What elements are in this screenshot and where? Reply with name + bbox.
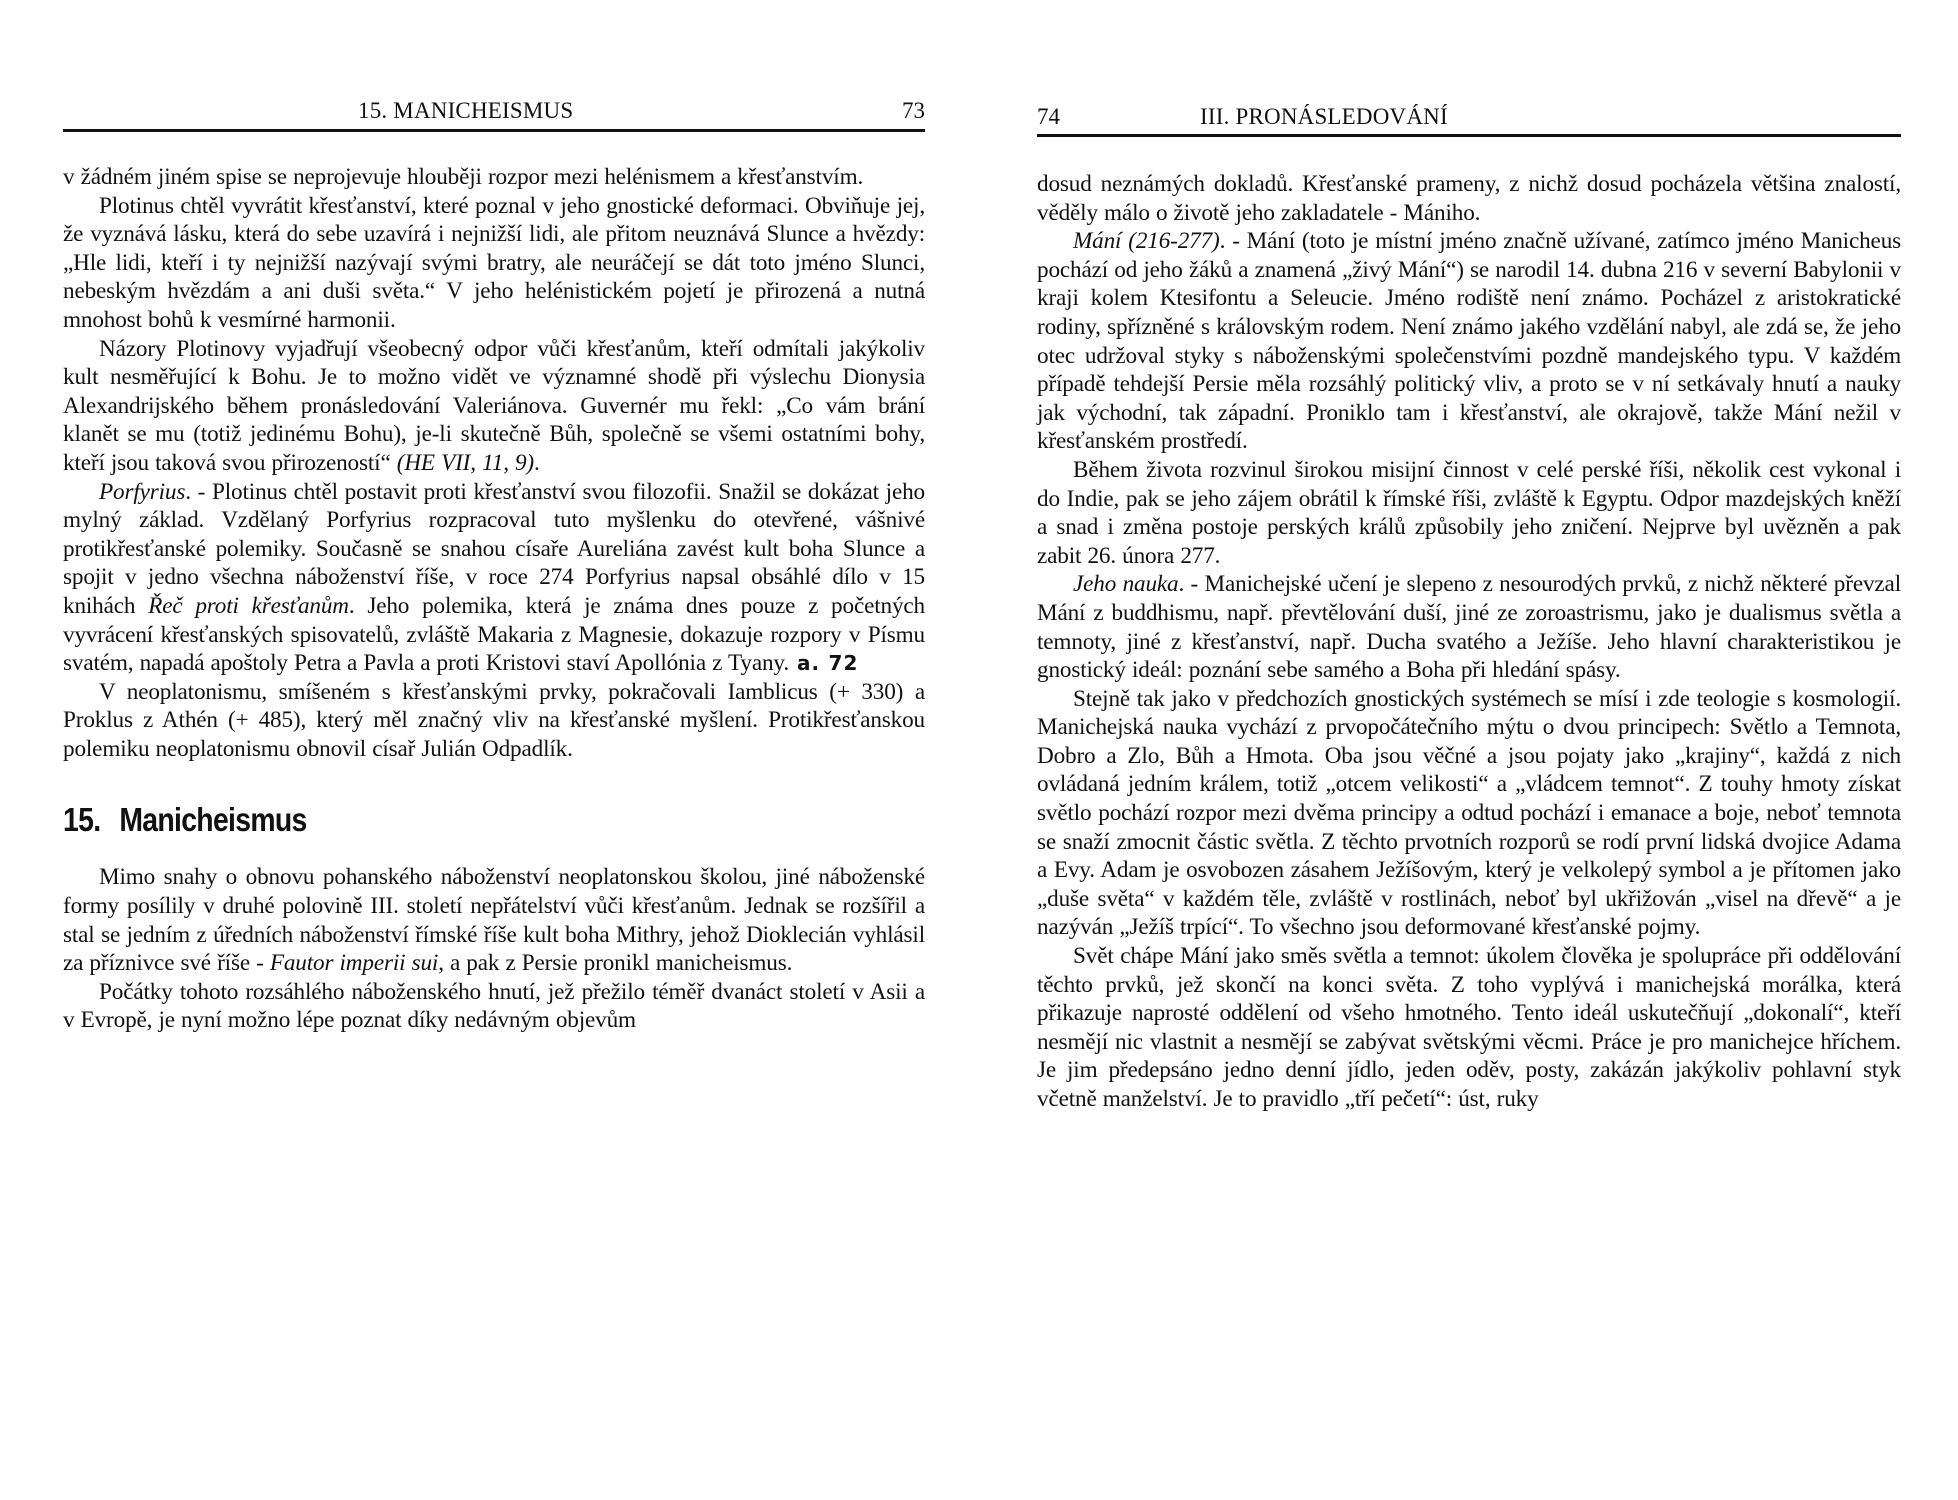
paragraph: Svět chápe Mání jako směs světla a temno… — [1037, 942, 1901, 1114]
paragraph: Plotinus chtěl vyvrátit křesťanství, kte… — [63, 192, 925, 335]
paragraph-group: v žádném jiném spise se neprojevuje hlou… — [63, 163, 925, 763]
paragraph: Stejně tak jako v předchozích gnostickýc… — [1037, 685, 1901, 942]
paragraph: Mimo snahy o obnovu pohanského náboženst… — [63, 863, 925, 977]
paragraph: V neoplatonismu, smíšeném s křesťanskými… — [63, 678, 925, 764]
text-run: dosud neznámých dokladů. Křesťanské pram… — [1037, 171, 1901, 226]
paragraph-group: Mimo snahy o obnovu pohanského náboženst… — [63, 863, 925, 1035]
page-number: 74 — [1037, 102, 1060, 132]
running-head: 15. MANICHEISMUS 73 — [63, 96, 925, 126]
text-run: . - Mání (toto je místní jméno značně už… — [1037, 228, 1901, 454]
text-run: Počátky tohoto rozsáhlého náboženského h… — [63, 979, 925, 1034]
italic-text: Jeho nauka — [1073, 571, 1179, 597]
chapter-heading: 15.Manicheismus — [63, 800, 804, 840]
paragraph: v žádném jiném spise se neprojevuje hlou… — [63, 163, 925, 192]
text-run: , a pak z Persie pronikl manicheismus. — [438, 950, 792, 976]
left-page: 15. MANICHEISMUS 73 v žádném jiném spise… — [63, 0, 925, 30]
text-run: Stejně tak jako v předchozích gnostickýc… — [1037, 686, 1901, 941]
page-body: dosud neznámých dokladů. Křesťanské pram… — [1037, 170, 1901, 1114]
paragraph-group: dosud neznámých dokladů. Křesťanské pram… — [1037, 170, 1901, 1114]
right-page: 74 III. PRONÁSLEDOVÁNÍ dosud neznámých d… — [1037, 0, 1901, 30]
text-run: Svět chápe Mání jako směs světla a temno… — [1037, 943, 1901, 1112]
chapter-title: Manicheismus — [119, 801, 306, 838]
header-rule — [1037, 134, 1901, 137]
paragraph: Počátky tohoto rozsáhlého náboženského h… — [63, 978, 925, 1035]
handwritten-annotation: a. 72 — [797, 651, 858, 675]
running-title: 15. MANICHEISMUS — [358, 96, 573, 126]
text-run: Plotinus chtěl vyvrátit křesťanství, kte… — [63, 193, 925, 333]
italic-text: Porfyrius — [99, 479, 185, 505]
italic-text: Mání (216-277) — [1073, 228, 1220, 254]
header-rule — [63, 129, 925, 132]
running-title: III. PRONÁSLEDOVÁNÍ — [1200, 102, 1448, 132]
page-body: v žádném jiném spise se neprojevuje hlou… — [63, 163, 925, 1035]
text-run: . — [534, 450, 540, 476]
italic-text: (HE VII, 11, 9) — [397, 450, 534, 476]
text-run: v žádném jiném spise se neprojevuje hlou… — [63, 164, 863, 190]
paragraph: Během života rozvinul širokou misijní či… — [1037, 456, 1901, 570]
paragraph: dosud neznámých dokladů. Křesťanské pram… — [1037, 170, 1901, 227]
paragraph: Mání (216-277). - Mání (toto je místní j… — [1037, 227, 1901, 456]
paragraph: Porfyrius. - Plotinus chtěl postavit pro… — [63, 478, 925, 678]
paragraph: Jeho nauka. - Manichejské učení je slepe… — [1037, 570, 1901, 684]
page-number: 73 — [902, 96, 925, 126]
text-run: V neoplatonismu, smíšeném s křesťanskými… — [63, 679, 925, 762]
chapter-number: 15. — [63, 801, 100, 838]
text-run: Během života rozvinul širokou misijní či… — [1037, 457, 1901, 569]
italic-text: Fautor imperii sui — [270, 950, 438, 976]
italic-text: Řeč proti křesťanům — [148, 593, 349, 619]
paragraph: Názory Plotinovy vyjadřují všeobecný odp… — [63, 335, 925, 478]
running-head: 74 III. PRONÁSLEDOVÁNÍ — [1037, 102, 1901, 132]
